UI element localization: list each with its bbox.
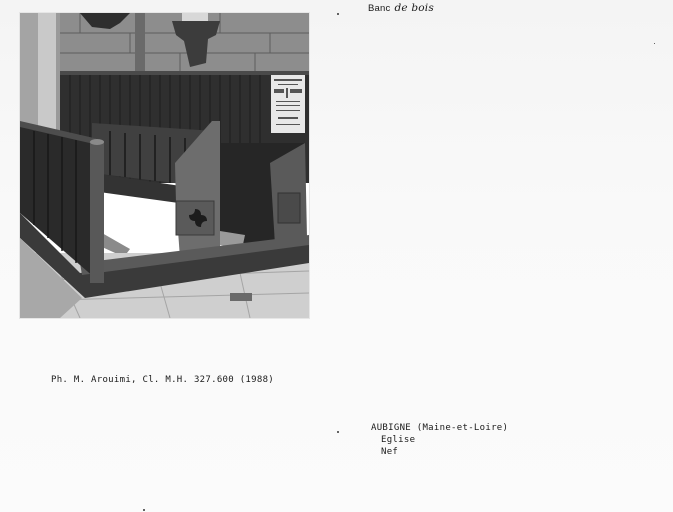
location-building: Eglise <box>371 434 508 446</box>
speck-mark <box>337 13 339 15</box>
notice-poster-icon <box>271 75 305 133</box>
location-commune: AUBIGNE (Maine-et-Loire) <box>371 423 508 433</box>
subject-handwritten-note: de bois <box>394 2 433 14</box>
location-part: Nef <box>371 446 508 458</box>
pew-photograph <box>19 12 310 319</box>
subject-caption: Bancde bois <box>368 2 434 14</box>
subject-label: Banc <box>368 3 390 14</box>
photo-credit: Ph. M. Arouimi, Cl. M.H. 327.600 (1988) <box>51 375 274 385</box>
speck-mark <box>143 509 145 511</box>
speck-mark <box>654 43 655 44</box>
archive-record-card: Bancde bois <box>0 0 673 512</box>
photo-image <box>20 13 309 318</box>
location-block: AUBIGNE (Maine-et-Loire) Eglise Nef <box>371 422 508 458</box>
speck-mark <box>337 431 339 433</box>
